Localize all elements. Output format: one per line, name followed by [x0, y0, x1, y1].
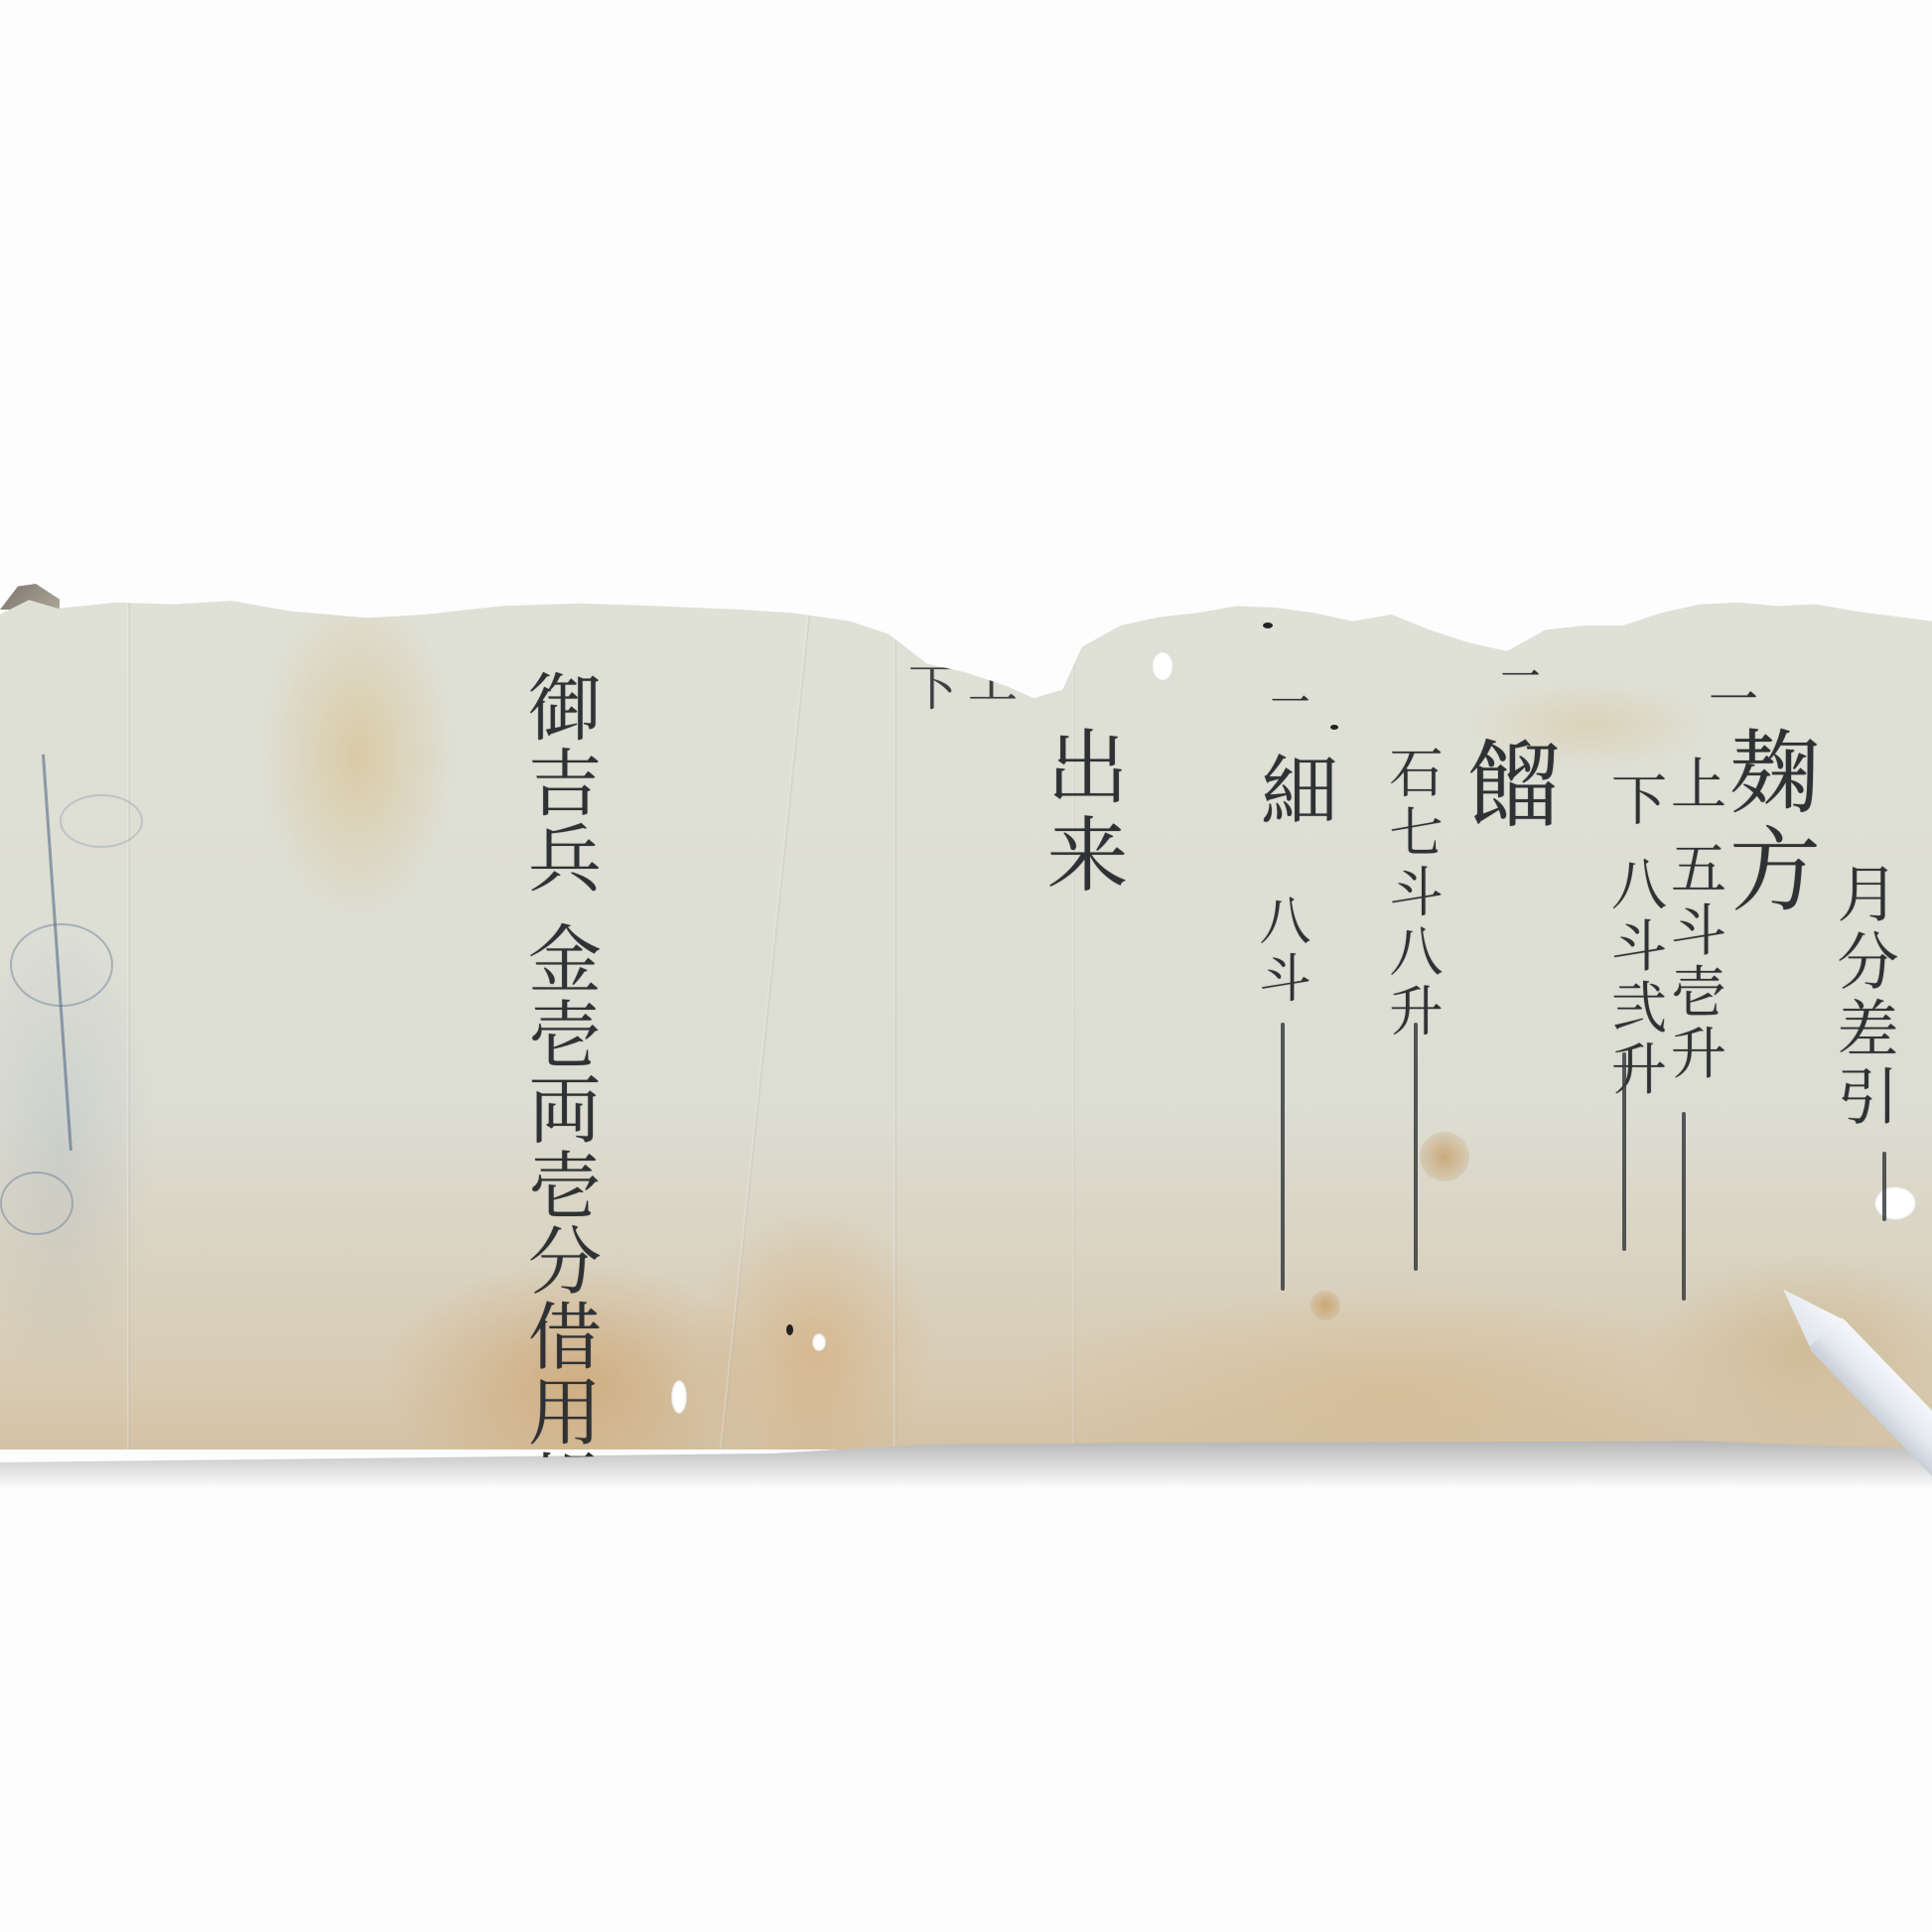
- text-column-borrower-record: 御吉兵 金壱両壱分借用帳: [506, 669, 612, 1525]
- blue-pencil-scribble: [0, 1172, 73, 1235]
- ink-speck: [1263, 622, 1273, 628]
- photo-stage: 月分差引 一 麹方 上 五斗壱升 下 八斗弐升 一 餾 石七斗八升 一 細 八斗…: [0, 0, 1932, 1932]
- item-mark: 一: [1489, 655, 1546, 701]
- worm-hole: [671, 1380, 687, 1414]
- text-column-fine: 細: [1237, 751, 1348, 834]
- fold-line: [1072, 596, 1075, 1449]
- fold-line: [894, 596, 897, 1449]
- worm-hole: [812, 1333, 826, 1351]
- water-stain: [1420, 1132, 1469, 1181]
- water-stain: [1311, 1291, 1340, 1320]
- ink-tail: [1622, 1052, 1626, 1251]
- ink-speck: [786, 1324, 793, 1335]
- text-column-distill: 餾: [1440, 735, 1576, 836]
- mark-lower: 下: [894, 661, 965, 717]
- text-column-distill-amount: 石七斗八升: [1374, 745, 1450, 1042]
- ink-tail: [1414, 1023, 1418, 1271]
- item-mark: 一: [1694, 673, 1765, 729]
- ink-tail: [1281, 1023, 1285, 1291]
- text-column-fine-amount: 八斗: [1243, 894, 1317, 1009]
- fold-line: [720, 596, 812, 1449]
- text-column-output: 出来: [1023, 725, 1139, 899]
- ink-tail: [1882, 1152, 1886, 1221]
- blue-pencil-scribble: [10, 923, 113, 1007]
- blue-pencil-scribble: [60, 794, 143, 848]
- fold-line: [127, 596, 130, 1449]
- ink-speck: [1330, 725, 1338, 730]
- text-lower-amount: 下 八斗弐升: [1594, 770, 1674, 1102]
- ink-tail: [1682, 1112, 1686, 1301]
- washi-document: 月分差引 一 麹方 上 五斗壱升 下 八斗弐升 一 餾 石七斗八升 一 細 八斗…: [0, 596, 1932, 1449]
- item-mark: 一: [1259, 681, 1315, 727]
- worm-hole: [1874, 1186, 1916, 1220]
- worm-hole: [1152, 651, 1173, 681]
